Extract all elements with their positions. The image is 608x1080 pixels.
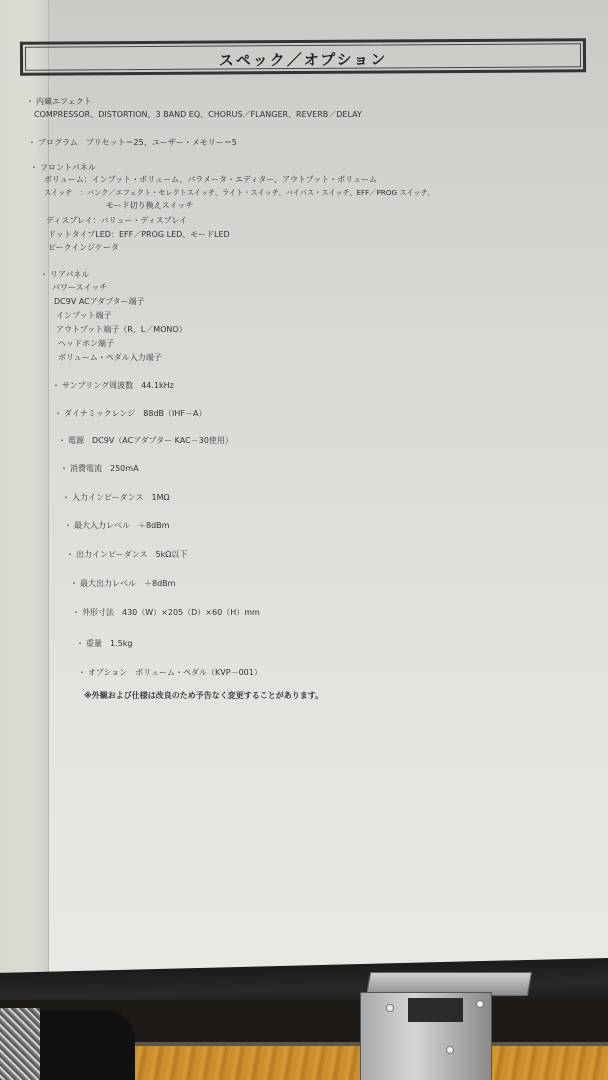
spec-label: 重量 xyxy=(86,639,102,648)
spec-effects: ・内蔵エフェクト xyxy=(26,95,100,108)
case-latch-icon xyxy=(350,962,540,1080)
rear-panel-item: アウトプット端子（R、L／MONO） xyxy=(56,323,187,336)
latch-slot xyxy=(408,998,463,1022)
spec-rear-panel: ・リアパネル xyxy=(40,268,97,281)
spec-dynamic-range: ・ダイナミックレンジ88dB（IHF－A） xyxy=(54,407,206,420)
spec-label: 入力インピーダンス xyxy=(72,493,144,502)
case-handle-shadow xyxy=(40,1010,135,1080)
front-panel-item: ディスプレイ：バリュー・ディスプレイ xyxy=(46,214,187,227)
spec-max-output: ・最大出力レベル＋8dBm xyxy=(70,577,175,590)
rear-panel-item: ヘッドホン端子 xyxy=(58,337,114,350)
spec-value: 44.1kHz xyxy=(141,381,174,390)
spec-sampling: ・サンプリング周波数44.1kHz xyxy=(52,379,174,392)
screw-icon xyxy=(446,1046,454,1054)
front-panel-item: ピークインジケータ xyxy=(48,241,119,254)
spec-label: 電源 xyxy=(68,436,84,445)
front-panel-item: モード切り換えスイッチ xyxy=(106,199,193,212)
disclaimer-note: ※外観および仕様は改良のため予告なく変更することがあります。 xyxy=(84,690,323,701)
spec-label: プログラム xyxy=(38,138,78,147)
spec-dimensions: ・外形寸法430（W）×205（D）×60（H）mm xyxy=(72,606,260,619)
rear-panel-item: ボリューム・ペダル入力端子 xyxy=(58,351,162,364)
screw-icon xyxy=(476,1000,484,1008)
spec-program: ・プログラムプリセット＝25、ユーザー・メモリー＝5 xyxy=(28,136,237,149)
spec-label: 外形寸法 xyxy=(82,608,114,617)
page-title: スペック／オプション xyxy=(23,47,583,71)
front-panel-item: ボリューム：インプット・ボリューム、パラメータ・エディター、アウトプット・ボリュ… xyxy=(44,173,377,186)
spec-consumption: ・消費電流250mA xyxy=(60,462,139,475)
spec-label: 最大出力レベル xyxy=(80,579,136,588)
spec-label: ダイナミックレンジ xyxy=(64,409,135,418)
manual-page: スペック／オプション ・内蔵エフェクト COMPRESSOR、DISTORTIO… xyxy=(0,0,608,1000)
spec-value: 88dB（IHF－A） xyxy=(143,409,206,418)
screw-icon xyxy=(386,1004,394,1012)
spec-weight: ・重量1.5kg xyxy=(76,637,132,650)
rear-panel-item: パワースイッチ xyxy=(52,281,107,294)
spec-label: 内蔵エフェクト xyxy=(36,97,92,106)
spec-input-impedance: ・入力インピーダンス1MΩ xyxy=(62,491,170,504)
spec-label: 出力インピーダンス xyxy=(76,550,148,559)
facing-page-edge xyxy=(0,0,49,1000)
spec-value: 1MΩ xyxy=(152,493,170,502)
front-panel-item: スイッチ ：バンク／エフェクト・セレクトスイッチ、ライト・スイッチ、バイパス・ス… xyxy=(44,186,435,199)
spec-label: 最大入力レベル xyxy=(74,521,130,530)
spec-label: サンプリング周波数 xyxy=(62,381,133,390)
spec-label: オプション xyxy=(88,668,127,677)
title-box: スペック／オプション xyxy=(20,38,586,75)
rear-panel-item: インプット端子 xyxy=(56,309,111,322)
front-panel-item: ドットタイプLED：EFF／PROG LED、モードLED xyxy=(48,228,230,241)
spec-value: 5kΩ以下 xyxy=(156,550,188,559)
spec-effects-value: COMPRESSOR、DISTORTION、3 BAND EQ、CHORUS／F… xyxy=(34,108,362,121)
spec-value: ＋8dBm xyxy=(138,521,169,530)
spec-value: 250mA xyxy=(110,464,139,473)
spec-output-impedance: ・出力インピーダンス5kΩ以下 xyxy=(66,548,187,561)
spec-value: ボリューム・ペダル（KVP－001） xyxy=(135,668,262,677)
spec-value: DC9V（ACアダプター KAC－30使用） xyxy=(92,436,233,445)
case-handle-icon xyxy=(0,1008,40,1080)
rear-panel-item: DC9V ACアダプター端子 xyxy=(54,295,145,308)
spec-label: リアパネル xyxy=(50,270,89,279)
spec-value: プリセット＝25、ユーザー・メモリー＝5 xyxy=(86,138,237,147)
spec-label: 消費電流 xyxy=(70,464,102,473)
spec-value: 1.5kg xyxy=(110,639,132,648)
spec-label: フロントパネル xyxy=(40,163,96,172)
spec-max-input: ・最大入力レベル＋8dBm xyxy=(64,519,169,532)
spec-value: ＋8dBm xyxy=(144,579,175,588)
spec-option: ・オプションボリューム・ペダル（KVP－001） xyxy=(78,666,262,679)
spec-power: ・電源DC9V（ACアダプター KAC－30使用） xyxy=(58,434,233,447)
spec-value: 430（W）×205（D）×60（H）mm xyxy=(122,608,260,617)
